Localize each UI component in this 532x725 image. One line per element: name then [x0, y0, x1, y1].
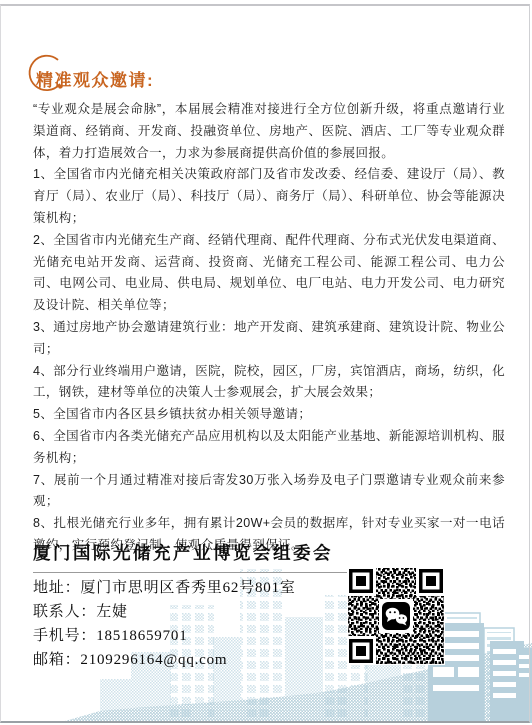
email-label: 邮箱： — [33, 652, 80, 668]
list-item-2: 2、全国省市内光储充生产商、经销代理商、配件代理商、分布式光伏发电渠道商、光储充… — [33, 230, 505, 317]
page: 精准观众邀请: “专业观众是展会命脉”，本届展会精准对接进行全方位创新升级，将重… — [0, 0, 532, 725]
phone-line: 手机号：18518659701 — [33, 621, 351, 645]
list-item-1: 1、全国省市内光储充相关决策政府部门及省市发改委、经信委、建设厅（局）、教育厅（… — [33, 164, 505, 229]
page-title: 精准观众邀请: — [36, 66, 154, 91]
email-value: 2109296164@qq.com — [80, 652, 227, 668]
organizer-block: 厦门国际光储充产业博览会组委会 地址：厦门市思明区香秀里62号801室 联系人：… — [33, 540, 351, 669]
wechat-icon — [379, 599, 413, 633]
address-line: 地址：厦门市思明区香秀里62号801室 — [33, 573, 351, 597]
list-item-3: 3、通过房地产协会邀请建筑行业：地产开发商、建筑承建商、建筑设计院、物业公司； — [33, 317, 505, 361]
email-line: 邮箱：2109296164@qq.com — [33, 645, 351, 669]
list-item-7: 7、展前一个月通过精准对接后寄发30万张入场券及电子门票邀请专业观众前来参观； — [33, 470, 505, 514]
phone-value: 18518659701 — [96, 628, 187, 644]
contact-person-label: 联系人： — [33, 604, 96, 620]
intro-paragraph: “专业观众是展会命脉”，本届展会精准对接进行全方位创新升级，将重点邀请行业渠道商… — [33, 99, 505, 164]
contact-person-line: 联系人：左婕 — [33, 597, 351, 621]
address-label: 地址： — [33, 580, 80, 596]
contact-person-value: 左婕 — [96, 604, 128, 620]
organizer-title: 厦门国际光储充产业博览会组委会 — [33, 540, 351, 565]
list-item-6: 6、全国省市内各类光储充产品应用机构以及太阳能产业基地、新能源培训机构、服务机构… — [33, 426, 505, 470]
address-value: 厦门市思明区香秀里62号801室 — [80, 580, 295, 596]
audience-invitation-text: “专业观众是展会命脉”，本届展会精准对接进行全方位创新升级，将重点邀请行业渠道商… — [33, 99, 505, 557]
list-item-4: 4、部分行业终端用户邀请，医院，院校，园区，厂房，宾馆酒店，商场，纺织，化工，钢… — [33, 361, 505, 405]
wechat-qr-code — [347, 567, 445, 665]
phone-label: 手机号： — [33, 628, 96, 644]
list-item-5: 5、全国省市内各区县乡镇扶贫办相关领导邀请； — [33, 404, 505, 426]
